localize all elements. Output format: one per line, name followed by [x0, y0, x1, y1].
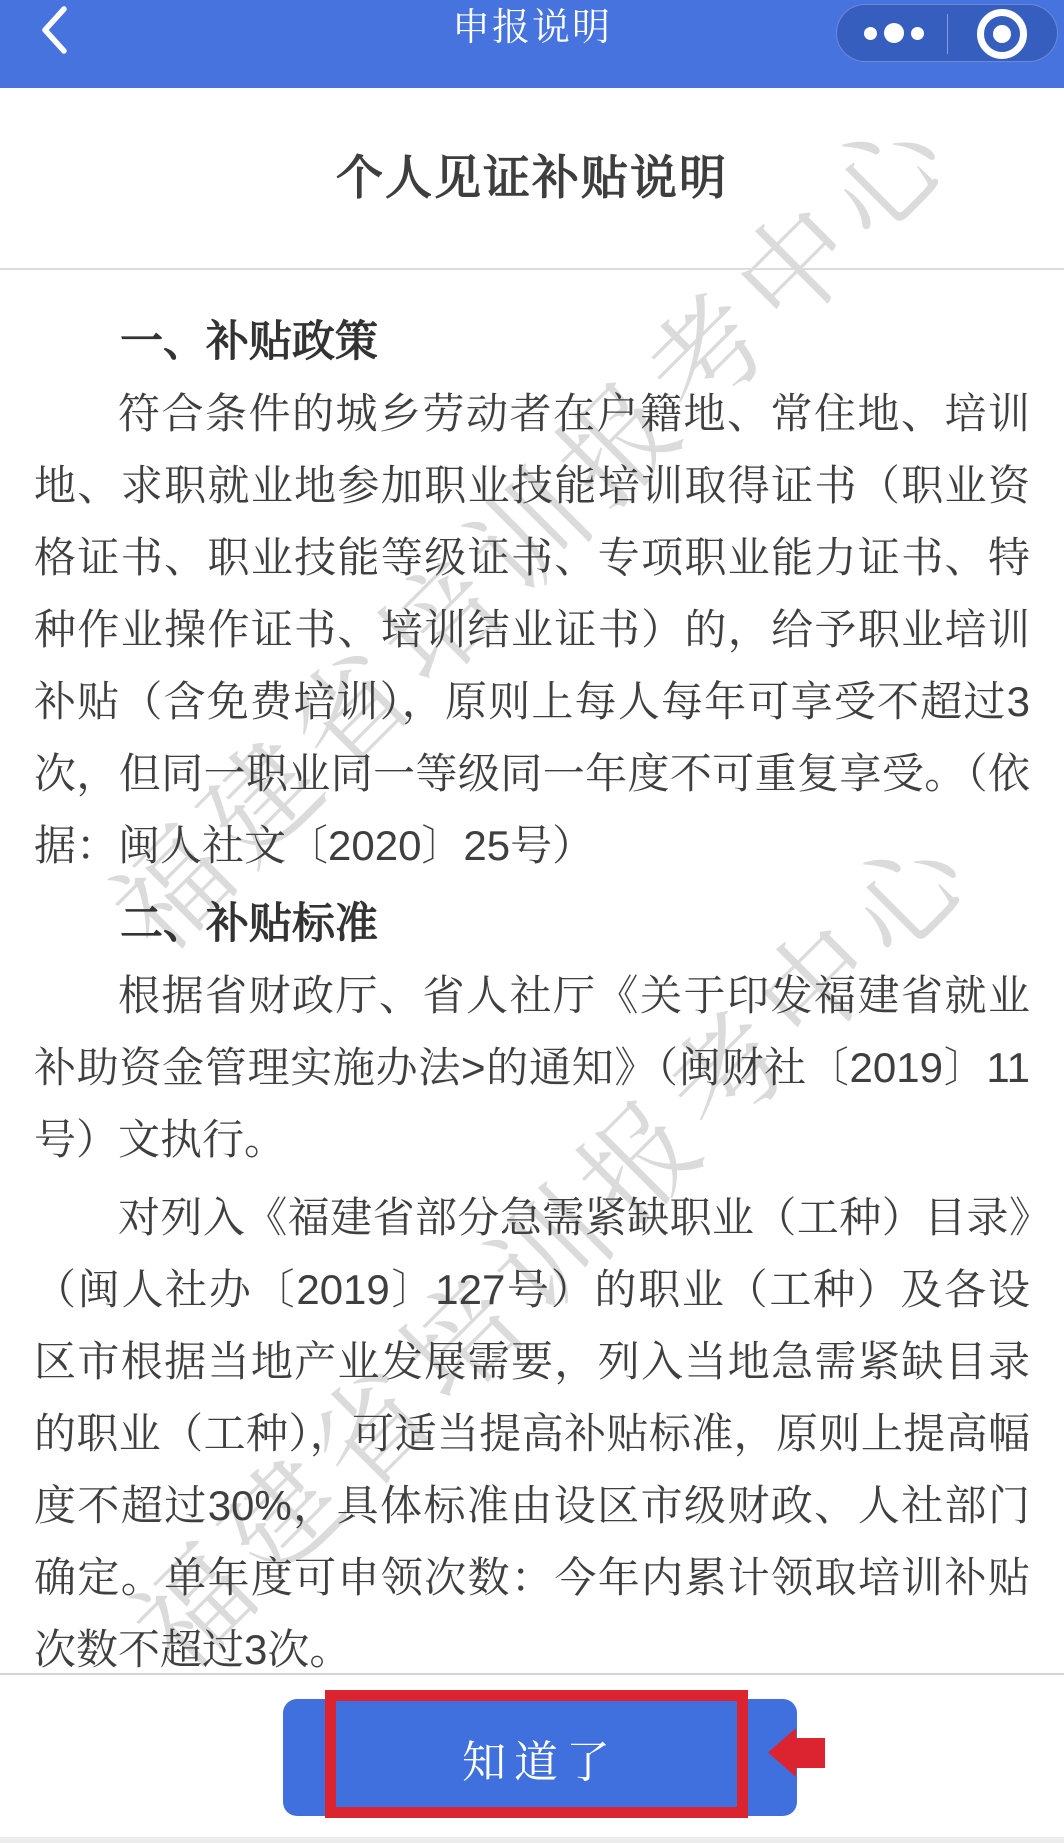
page-title: 个人见证补贴说明 [0, 150, 1064, 206]
miniprogram-capsule [836, 4, 1058, 62]
declaration-info-screen: 申报说明 福建省培训报考中心 福建省培训报考中心 个人见证补贴说明 一、补贴政策… [0, 0, 1064, 1843]
section-heading-standard: 二、补贴标准 [34, 888, 1030, 960]
nav-bar: 申报说明 [0, 0, 1064, 88]
policy-paragraph: 符合条件的城乡劳动者在户籍地、常住地、培训地、求职就业地参加职业技能培训取得证书… [34, 378, 1030, 882]
section-heading-policy: 一、补贴政策 [34, 306, 1030, 378]
footer-bar: 知道了 [0, 1673, 1064, 1843]
close-miniprogram-button[interactable] [947, 5, 1057, 61]
policy-text-content: 一、补贴政策 符合条件的城乡劳动者在户籍地、常住地、培训地、求职就业地参加职业技… [34, 306, 1030, 1674]
got-it-button[interactable]: 知道了 [283, 1699, 797, 1816]
bottom-edge-strip [0, 1837, 1064, 1843]
more-menu-button[interactable] [837, 5, 947, 61]
more-dots-icon [837, 5, 947, 61]
standard-paragraph-1: 根据省财政厅、省人社厅《关于印发福建省就业补助资金管理实施办法>的通知》（闽财社… [34, 960, 1030, 1176]
standard-paragraph-2: 对列入《福建省部分急需紧缺职业（工种）目录》（闽人社办〔2019〕127号）的职… [34, 1182, 1030, 1674]
title-divider [0, 268, 1064, 270]
